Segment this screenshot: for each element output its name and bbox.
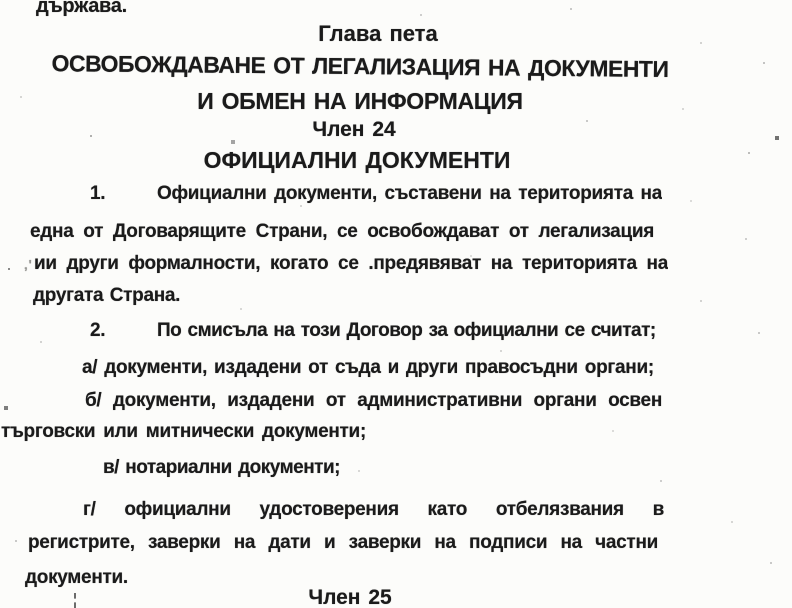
article-24-heading: Член 24 [34, 117, 674, 142]
faded-ink-marks: ‚' [24, 257, 33, 273]
paragraph-1-line-1: 1. Официални документи, съставени на тер… [37, 183, 662, 206]
list-item-a: а/ документи, издадени от съда и други п… [82, 357, 654, 380]
scan-dash-artifact [74, 593, 76, 608]
paragraph-1-text: Официални документи, съставени на терито… [157, 183, 662, 206]
previous-paragraph-fragment: държава. [36, 0, 127, 18]
paragraph-1-line-4: другата Страна. [33, 285, 180, 308]
paragraph-2-line-1: 2. По смисъла на този Договор за официал… [37, 320, 662, 343]
paragraph-2-text: По смисъла на този Договор за официални … [157, 320, 662, 343]
list-item-g-line-1: г/ официални удостоверения като отбелязв… [83, 499, 664, 522]
chapter-title-line1: ОСВОБОЖДАВАНЕ ОТ ЛЕГАЛИЗАЦИЯ НА ДОКУМЕНТ… [36, 50, 684, 84]
paragraph-1-line-2: една от Договарящите Страни, се освобожд… [30, 221, 654, 244]
list-item-b-line-1: б/ документи, издадени от административн… [85, 390, 662, 413]
scanned-document-page: държава. Глава пета ОСВОБОЖДАВАНЕ ОТ ЛЕГ… [0, 0, 792, 608]
paragraph-2-number: 2. [37, 320, 157, 343]
chapter-title-line2: И ОБМЕН НА ИНФОРМАЦИЯ [36, 88, 684, 116]
article-24-title: ОФИЦИАЛНИ ДОКУМЕНТИ [37, 147, 677, 175]
article-25-heading: Член 25 [30, 585, 670, 608]
list-item-g-line-2: регистрите, заверки на дати и заверки на… [28, 532, 658, 555]
list-item-v: в/ нотариални документи; [103, 457, 340, 480]
scan-noise-speckles [0, 0, 2, 2]
paragraph-1-number: 1. [37, 183, 157, 206]
chapter-heading: Глава пета [58, 21, 698, 47]
paragraph-1-line-3: ии други формалности, когато се .предявя… [34, 253, 668, 276]
list-item-b-line-2: търговски или митнически документи; [1, 421, 366, 444]
